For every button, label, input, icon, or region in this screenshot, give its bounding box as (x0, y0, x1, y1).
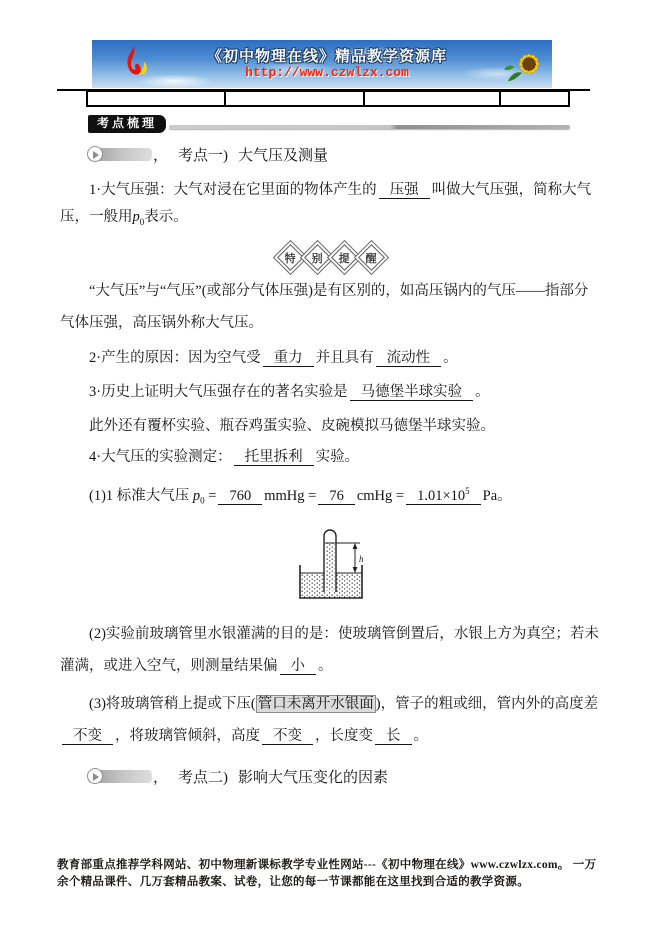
table-cell[interactable] (88, 92, 226, 105)
text-run: (3)将玻璃管稍上提或下压( (89, 696, 256, 712)
other-experiments-paragraph: 此外还有覆杯实验、瓶吞鸡蛋实验、皮碗模拟马德堡半球实验。 (60, 413, 601, 440)
section-badge: 考点梳理 (88, 115, 166, 133)
text-run: ，长度变 (315, 728, 373, 744)
sunflower-icon (502, 43, 550, 88)
unit-label: cmHg (357, 488, 392, 504)
text-run: 实验。 (316, 449, 360, 465)
text-run: 。 (443, 350, 458, 366)
header-table (86, 90, 570, 107)
text-run: ，将玻璃管倾斜，高度 (115, 728, 260, 744)
kaodian-comma: ， (153, 148, 168, 164)
text-run: 并且具有 (316, 350, 374, 366)
table-cell[interactable] (501, 92, 568, 105)
diamond-char: 醒 (358, 244, 385, 271)
blank-answer: 托里拆利 (234, 449, 314, 466)
text-run: )，管子的粗或细，管内外的高度差 (376, 696, 598, 712)
banner-title: 《初中物理在线》精品教学资源库 (180, 45, 474, 66)
banner-url: http://www.czwlzx.com (180, 65, 474, 80)
height-label: h (359, 554, 364, 564)
footer-text: 教育部重点推荐学科网站、初中物理新课标教学专业性网站---《初中物理在线》www… (57, 857, 606, 891)
fill-tube-paragraph: (2)实验前玻璃管里水银灌满的目的是：使玻璃管倒置后，水银上方为真空；若未灌满，… (60, 618, 601, 682)
blank-answer: 压强 (379, 182, 430, 199)
site-banner: 《初中物理在线》精品教学资源库 http://www.czwlzx.com (92, 40, 552, 88)
reminder-paragraph: “大气压”与“气压”(或部分气体压强)是有区别的，如高压锅内的气压——指部分气体… (60, 275, 601, 339)
tube-move-paragraph: (3)将玻璃管稍上提或下压(管口未离开水银面)，管子的粗或细，管内外的高度差不变… (60, 688, 601, 752)
text-run: 1·大气压强：大气对浸在它里面的物体产生的 (89, 182, 377, 198)
blank-answer: 不变 (262, 728, 313, 745)
pressure-subscript: 0 (200, 496, 205, 506)
highlighted-condition: 管口未离开水银面 (256, 695, 376, 713)
equals-sign: = (396, 488, 404, 504)
text-run: 。 (414, 728, 429, 744)
kaodian-1-heading: ，考点一)大气压及测量 (60, 144, 601, 165)
blank-answer: 重力 (263, 350, 314, 367)
kaodian-2-label: 考点二) (178, 770, 228, 786)
blank-answer: 小 (280, 658, 317, 675)
blank-answer: 1.01×105 (406, 488, 481, 505)
section-divider (169, 125, 570, 129)
blank-answer: 马德堡半球实验 (350, 384, 474, 401)
table-cell[interactable] (226, 92, 365, 105)
play-icon (88, 148, 152, 161)
diamond-char: 别 (304, 244, 331, 271)
barometer-figure: h (60, 522, 601, 608)
equals-sign: = (208, 488, 216, 504)
blank-answer: 760 (218, 488, 262, 505)
text-run: 。 (475, 384, 490, 400)
kaodian-comma: ， (153, 770, 168, 786)
kaodian-2-heading: ，考点二)影响大气压变化的因素 (60, 766, 601, 787)
standard-pressure-line: (1)1 标准大气压 p0 =760mmHg =76cmHg =1.01×105… (60, 478, 601, 515)
blank-answer: 流动性 (376, 350, 442, 367)
blank-answer: 长 (375, 728, 412, 745)
table-cell[interactable] (365, 92, 501, 105)
blank-answer: 76 (318, 488, 355, 505)
text-run: 表示。 (144, 209, 188, 225)
pressure-symbol: p (133, 209, 140, 225)
kaodian-2-title: 影响大气压变化的因素 (238, 770, 388, 786)
unit-label: mmHg (264, 488, 304, 504)
site-logo-icon (120, 44, 164, 84)
kaodian-1-label: 考点一) (178, 148, 228, 164)
special-reminder-badge: 特 别 提 醒 (60, 248, 601, 267)
kaodian-1-title: 大气压及测量 (238, 148, 328, 164)
document-page: 《初中物理在线》精品教学资源库 http://www.czwlzx.com (0, 0, 661, 936)
text-run: 3·历史上证明大气压强存在的著名实验是 (89, 384, 348, 400)
play-icon (88, 770, 152, 783)
blank-answer: 不变 (62, 728, 113, 745)
definition-paragraph: 1·大气压强：大气对浸在它里面的物体产生的压强叫做大气压强，简称大气压，一般用p… (60, 177, 601, 236)
text-run: (1)1 标准大气压 (89, 488, 189, 504)
unit-label: Pa。 (483, 488, 512, 504)
text-run: 2·产生的原因：因为空气受 (89, 350, 261, 366)
diamond-char: 特 (277, 244, 304, 271)
measurement-paragraph: 4·大气压的实验测定：托里拆利实验。 (60, 444, 601, 471)
document-content: ，考点一)大气压及测量 1·大气压强：大气对浸在它里面的物体产生的压强叫做大气压… (60, 144, 601, 799)
section-header: 考点梳理 (88, 115, 570, 133)
text-run: 4·大气压的实验测定： (89, 449, 232, 465)
equals-sign: = (308, 488, 316, 504)
famous-experiment-paragraph: 3·历史上证明大气压强存在的著名实验是马德堡半球实验。 (60, 379, 601, 406)
cause-paragraph: 2·产生的原因：因为空气受重力并且具有流动性。 (60, 345, 601, 372)
text-run: 。 (318, 658, 333, 674)
diamond-char: 提 (331, 244, 358, 271)
